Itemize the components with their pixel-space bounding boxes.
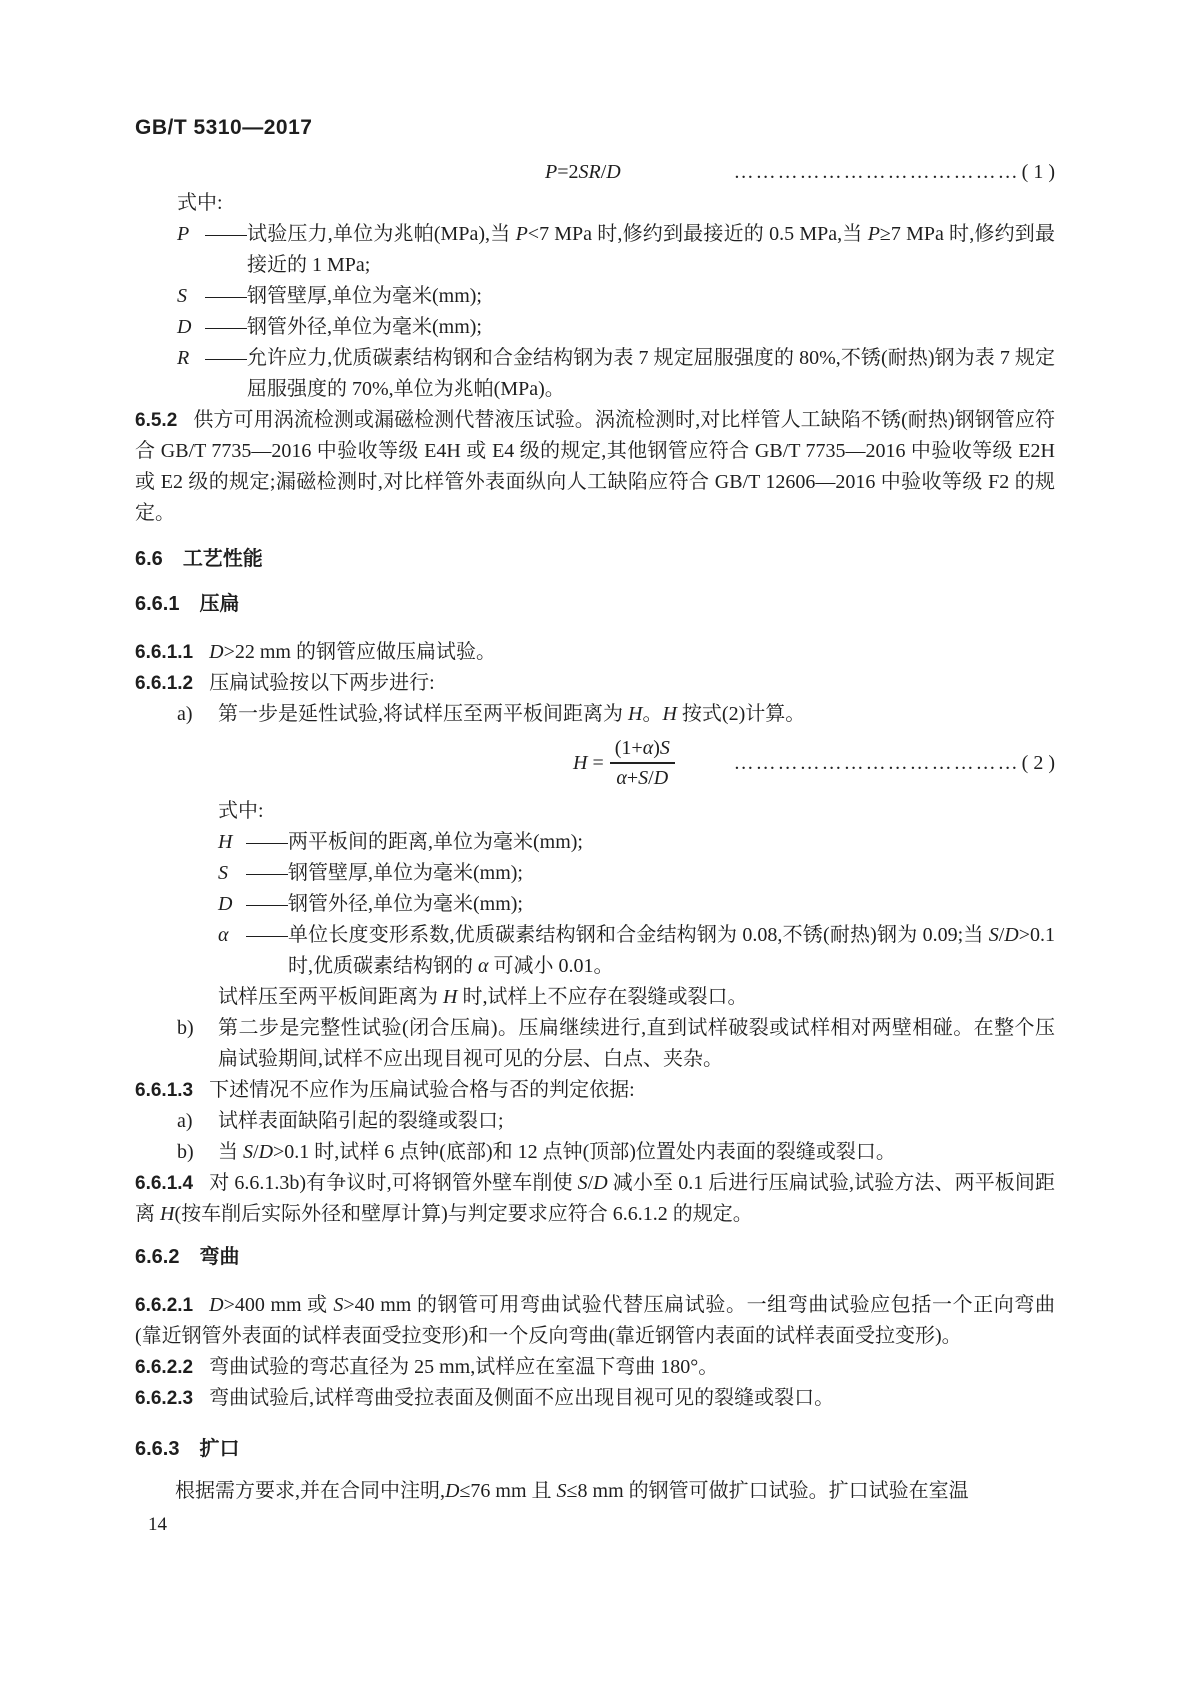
list-item-text: 第二步是完整性试验(闭合压扁)。压扁继续进行,直到试样破裂或试样相对两壁相碰。在… — [218, 1013, 1055, 1075]
heading-number: 6.6 — [135, 548, 163, 570]
clause-text: 下述情况不应作为压扁试验合格与否的判定依据: — [209, 1079, 635, 1101]
math-variable: S — [218, 862, 228, 884]
clause-text: D>22 mm 的钢管应做压扁试验。 — [209, 641, 496, 663]
math-variable: D — [654, 767, 668, 789]
definition-dash: ——— — [205, 281, 247, 312]
math-variable: D — [177, 316, 191, 338]
formula-2-expression: H = (1+α)S α+S/D — [573, 735, 675, 791]
heading-title: 工艺性能 — [183, 548, 263, 570]
definition-row: S ——— 钢管壁厚,单位为毫米(mm); — [218, 858, 1055, 889]
definition-text: 两平板间的距离,单位为毫米(mm); — [288, 827, 1055, 858]
clause-number: 6.6.2.1 — [135, 1295, 193, 1316]
math-variable: P — [545, 157, 557, 188]
math-variable: H — [662, 703, 676, 725]
math-variable: D — [209, 641, 223, 663]
clause-number: 6.6.1.4 — [135, 1173, 193, 1194]
math-variable: S — [638, 767, 648, 789]
math-variable: H — [160, 1203, 174, 1225]
definition-row: D ——— 钢管外径,单位为毫米(mm); — [218, 889, 1055, 920]
definition-row: R ——— 允许应力,优质碳素结构钢和合金结构钢为表 7 规定屈服强度的 80%… — [177, 343, 1055, 405]
math-variable: α — [218, 924, 229, 946]
flattening-note: 试样压至两平板间距离为 H 时,试样上不应存在裂缝或裂口。 — [218, 982, 1055, 1013]
definition-term: S — [218, 858, 246, 889]
definition-term: D — [218, 889, 246, 920]
math-variable: D — [259, 1141, 273, 1163]
math-variable: S — [333, 1294, 343, 1316]
heading-title: 弯曲 — [199, 1246, 239, 1268]
formula-2-number: ( 2 ) — [1022, 748, 1055, 779]
clause-text: 压扁试验按以下两步进行: — [209, 672, 435, 694]
clause-6-6-1-3: 6.6.1.3下述情况不应作为压扁试验合格与否的判定依据: — [135, 1075, 1055, 1106]
formula-2-lhs: H = — [573, 748, 604, 779]
definition-dash: ——— — [205, 219, 247, 281]
math-variable: H — [573, 752, 587, 774]
heading-6-6-3: 6.6.3扩口 — [135, 1434, 1055, 1465]
definition-term: D — [177, 312, 205, 343]
heading-title: 压扁 — [199, 593, 239, 615]
list-item-text: 当 S/D>0.1 时,试样 6 点钟(底部)和 12 点钟(顶部)位置处内表面… — [218, 1137, 1055, 1168]
math-variable: H — [443, 986, 457, 1008]
formula-2: H = (1+α)S α+S/D ………………………………… ( 2 ) — [135, 730, 1055, 796]
list-item-letter: b) — [177, 1013, 218, 1075]
math-variable: D — [606, 157, 620, 188]
definition-dash: ——— — [205, 312, 247, 343]
definition-text: 允许应力,优质碳素结构钢和合金结构钢为表 7 规定屈服强度的 80%,不锈(耐热… — [247, 343, 1055, 405]
math-variable: SR — [579, 157, 601, 188]
math-variable: R — [177, 347, 189, 369]
clause-6-6-1-1: 6.6.1.1D>22 mm 的钢管应做压扁试验。 — [135, 637, 1055, 668]
definition-row: D ——— 钢管外径,单位为毫米(mm); — [177, 312, 1055, 343]
document-page: GB/T 5310—2017 P =2SR/D ………………………………… ( … — [0, 0, 1190, 1684]
list-item-a: a) 第一步是延性试验,将试样压至两平板间距离为 H。H 按式(2)计算。 — [177, 699, 1055, 730]
clause-number: 6.6.1.3 — [135, 1080, 193, 1101]
list-item-letter: b) — [177, 1137, 218, 1168]
math-variable: H — [218, 831, 232, 853]
list-item-b: b) 第二步是完整性试验(闭合压扁)。压扁继续进行,直到试样破裂或试样相对两壁相… — [177, 1013, 1055, 1075]
clause-number: 6.5.2 — [135, 410, 177, 431]
definition-row: P ——— 试验压力,单位为兆帕(MPa),当 P<7 MPa 时,修约到最接近… — [177, 219, 1055, 281]
where-label-1: 式中: — [177, 188, 1055, 219]
clause-number: 6.6.2.3 — [135, 1388, 193, 1409]
math-variable: P — [516, 223, 528, 245]
list-item-letter: a) — [177, 1106, 218, 1137]
definition-dash: ——— — [205, 343, 247, 405]
definition-dash: ——— — [246, 889, 288, 920]
definition-term: P — [177, 219, 205, 281]
definition-dash: ——— — [246, 827, 288, 858]
where-label-2: 式中: — [218, 796, 1055, 827]
definition-term: α — [218, 920, 246, 982]
math-variable: P — [868, 223, 880, 245]
clause-6-6-1-2: 6.6.1.2压扁试验按以下两步进行: — [135, 668, 1055, 699]
page-number: 14 — [148, 1509, 1055, 1540]
fraction-numerator: (1+α)S — [610, 735, 675, 764]
definition-text: 试验压力,单位为兆帕(MPa),当 P<7 MPa 时,修约到最接近的 0.5 … — [247, 219, 1055, 281]
math-variable: D — [1004, 924, 1018, 946]
definition-text: 钢管壁厚,单位为毫米(mm); — [288, 858, 1055, 889]
definition-row: H ——— 两平板间的距离,单位为毫米(mm); — [218, 827, 1055, 858]
formula-1-dot-leader: ………………………………… — [637, 157, 1020, 188]
clause-6-6-2-3: 6.6.2.3弯曲试验后,试样弯曲受拉表面及侧面不应出现目视可见的裂缝或裂口。 — [135, 1383, 1055, 1414]
definition-text: 单位长度变形系数,优质碳素结构钢和合金结构钢为 0.08,不锈(耐热)钢为 0.… — [288, 920, 1055, 982]
math-variable: P — [177, 223, 189, 245]
math-variable: α — [616, 767, 627, 789]
math-variable: D — [593, 1172, 607, 1194]
heading-number: 6.6.3 — [135, 1438, 179, 1460]
clause-text: 弯曲试验后,试样弯曲受拉表面及侧面不应出现目视可见的裂缝或裂口。 — [209, 1387, 834, 1409]
fraction-denominator: α+S/D — [610, 764, 675, 791]
clause-text: 对 6.6.1.3b)有争议时,可将钢管外壁车削使 S/D 减小至 0.1 后进… — [135, 1172, 1055, 1225]
math-variable: α — [643, 737, 654, 759]
definition-text: 钢管外径,单位为毫米(mm); — [288, 889, 1055, 920]
list-item-text: 试样表面缺陷引起的裂缝或裂口; — [218, 1106, 1055, 1137]
clause-6-5-2: 6.5.2供方可用涡流检测或漏磁检测代替液压试验。涡流检测时,对比样管人工缺陷不… — [135, 405, 1055, 529]
definition-text: 钢管壁厚,单位为毫米(mm); — [247, 281, 1055, 312]
clause-6-6-2-1: 6.6.2.1D>400 mm 或 S>40 mm 的钢管可用弯曲试验代替压扁试… — [135, 1290, 1055, 1352]
math-variable: D — [218, 893, 232, 915]
definition-text: 钢管外径,单位为毫米(mm); — [247, 312, 1055, 343]
math-variable: D — [209, 1294, 223, 1316]
clause-6-6-1-4: 6.6.1.4对 6.6.1.3b)有争议时,可将钢管外壁车削使 S/D 减小至… — [135, 1168, 1055, 1230]
definition-row: S ——— 钢管壁厚,单位为毫米(mm); — [177, 281, 1055, 312]
definition-term: R — [177, 343, 205, 405]
math-variable: S — [989, 924, 999, 946]
clause-number: 6.6.1.1 — [135, 642, 193, 663]
heading-title: 扩口 — [199, 1438, 239, 1460]
math-variable: S — [578, 1172, 588, 1194]
formula-2-fraction: (1+α)S α+S/D — [610, 735, 675, 791]
definition-list-2: H ——— 两平板间的距离,单位为毫米(mm); S ——— 钢管壁厚,单位为毫… — [135, 827, 1055, 982]
clause-6-6-3-paragraph: 根据需方要求,并在合同中注明,D≤76 mm 且 S≤8 mm 的钢管可做扩口试… — [135, 1476, 1055, 1507]
heading-6-6-1: 6.6.1压扁 — [135, 589, 1055, 620]
math-variable: D — [445, 1480, 459, 1502]
formula-2-dot-leader: ………………………………… — [691, 748, 1020, 779]
math-variable: S — [243, 1141, 253, 1163]
formula-1-number: ( 1 ) — [1022, 157, 1055, 188]
list-item-b: b) 当 S/D>0.1 时,试样 6 点钟(底部)和 12 点钟(顶部)位置处… — [177, 1137, 1055, 1168]
definition-dash: ——— — [246, 858, 288, 889]
heading-6-6-2: 6.6.2弯曲 — [135, 1242, 1055, 1273]
definition-dash: ——— — [246, 920, 288, 982]
list-item-letter: a) — [177, 699, 218, 730]
list-item-a: a) 试样表面缺陷引起的裂缝或裂口; — [177, 1106, 1055, 1137]
heading-number: 6.6.1 — [135, 593, 179, 615]
formula-1-expression: P =2SR/D — [545, 157, 621, 188]
heading-6-6: 6.6工艺性能 — [135, 544, 1055, 575]
standard-number-header: GB/T 5310—2017 — [135, 112, 1055, 143]
math-variable: S — [660, 737, 670, 759]
definition-term: H — [218, 827, 246, 858]
math-variable: S — [177, 285, 187, 307]
math-variable: H — [628, 703, 642, 725]
clause-number: 6.6.2.2 — [135, 1357, 193, 1378]
clause-text: D>400 mm 或 S>40 mm 的钢管可用弯曲试验代替压扁试验。一组弯曲试… — [135, 1294, 1055, 1347]
definition-row: α ——— 单位长度变形系数,优质碳素结构钢和合金结构钢为 0.08,不锈(耐热… — [218, 920, 1055, 982]
math-variable: α — [478, 955, 489, 977]
list-item-text: 第一步是延性试验,将试样压至两平板间距离为 H。H 按式(2)计算。 — [218, 699, 1055, 730]
clause-6-6-2-2: 6.6.2.2弯曲试验的弯芯直径为 25 mm,试样应在室温下弯曲 180°。 — [135, 1352, 1055, 1383]
clause-number: 6.6.1.2 — [135, 673, 193, 694]
definition-term: S — [177, 281, 205, 312]
clause-text: 供方可用涡流检测或漏磁检测代替液压试验。涡流检测时,对比样管人工缺陷不锈(耐热)… — [135, 409, 1055, 524]
formula-1: P =2SR/D ………………………………… ( 1 ) — [135, 157, 1055, 188]
clause-text: 弯曲试验的弯芯直径为 25 mm,试样应在室温下弯曲 180°。 — [209, 1356, 718, 1378]
math-variable: S — [557, 1480, 567, 1502]
heading-number: 6.6.2 — [135, 1246, 179, 1268]
definition-list-1: P ——— 试验压力,单位为兆帕(MPa),当 P<7 MPa 时,修约到最接近… — [135, 219, 1055, 405]
